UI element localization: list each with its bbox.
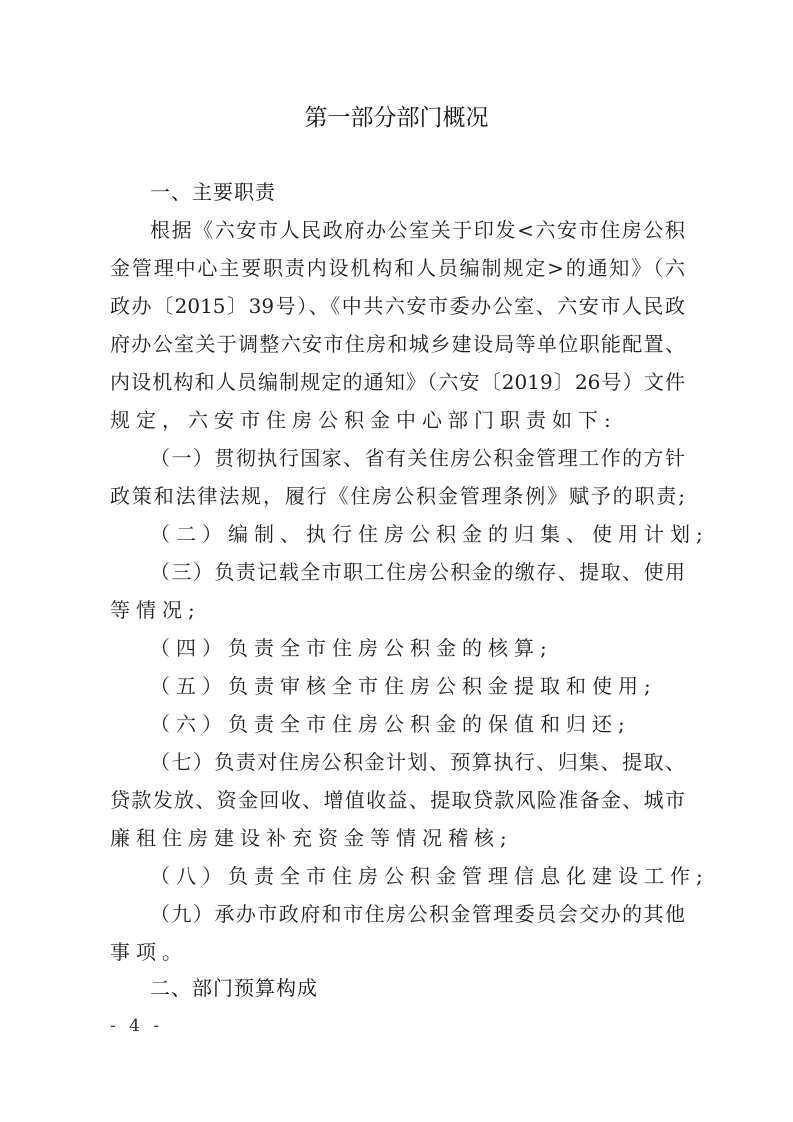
duty-item-8: （八）负责全市住房公积金管理信息化建设工作; — [150, 858, 709, 894]
duty-item-7-cont: 廉租住房建设补充资金等情况稽核; — [110, 820, 513, 856]
duty-item-1: （一）贯彻执行国家、省有关住房公积金管理工作的方针 — [150, 440, 685, 476]
duty-item-3: （三）负责记载全市职工住房公积金的缴存、提取、使用 — [150, 554, 685, 590]
page-title: 第一部分部门概况 — [0, 100, 793, 136]
duty-item-3-cont: 等情况; — [110, 592, 201, 628]
duty-item-7: （七）负责对住房公积金计划、预算执行、归集、提取、 — [150, 744, 685, 780]
duty-item-9: （九）承办市政府和市住房公积金管理委员会交办的其他 — [150, 896, 685, 932]
section-heading-main-duties: 一、主要职责 — [150, 174, 276, 210]
paragraph-line: 金管理中心主要职责内设机构和人员编制规定>的通知》（六 — [110, 250, 685, 286]
duty-item-5: （五）负责审核全市住房公积金提取和使用; — [150, 668, 657, 704]
paragraph-line: 规定，六安市住房公积金中心部门职责如下: — [110, 402, 617, 438]
paragraph-line: 根据《六安市人民政府办公室关于印发<六安市住房公积 — [150, 212, 685, 248]
paragraph-line: 府办公室关于调整六安市住房和城乡建设局等单位职能配置、 — [110, 326, 685, 362]
duty-item-1-cont: 政策和法律法规，履行《住房公积金管理条例》赋予的职责; — [110, 478, 685, 514]
duty-item-7-cont: 贷款发放、资金回收、增值收益、提取贷款风险准备金、城市 — [110, 782, 685, 818]
duty-item-6: （六）负责全市住房公积金的保值和归还; — [150, 706, 631, 742]
duty-item-2: （二）编制、执行住房公积金的归集、使用计划; — [150, 516, 709, 552]
document-page: 第一部分部门概况 一、主要职责 根据《六安市人民政府办公室关于印发<六安市住房公… — [0, 0, 793, 1122]
duty-item-9-cont: 事项。 — [110, 934, 188, 970]
duty-item-4: （四）负责全市住房公积金的核算; — [150, 630, 553, 666]
paragraph-line: 内设机构和人员编制规定的通知》（六安〔2019〕26号）文件 — [110, 364, 685, 400]
paragraph-line: 政办〔2015〕39号）、《中共六安市委办公室、六安市人民政 — [110, 288, 685, 324]
page-number: - 4 - — [110, 1016, 163, 1036]
section-heading-budget-composition: 二、部门预算构成 — [150, 970, 318, 1006]
